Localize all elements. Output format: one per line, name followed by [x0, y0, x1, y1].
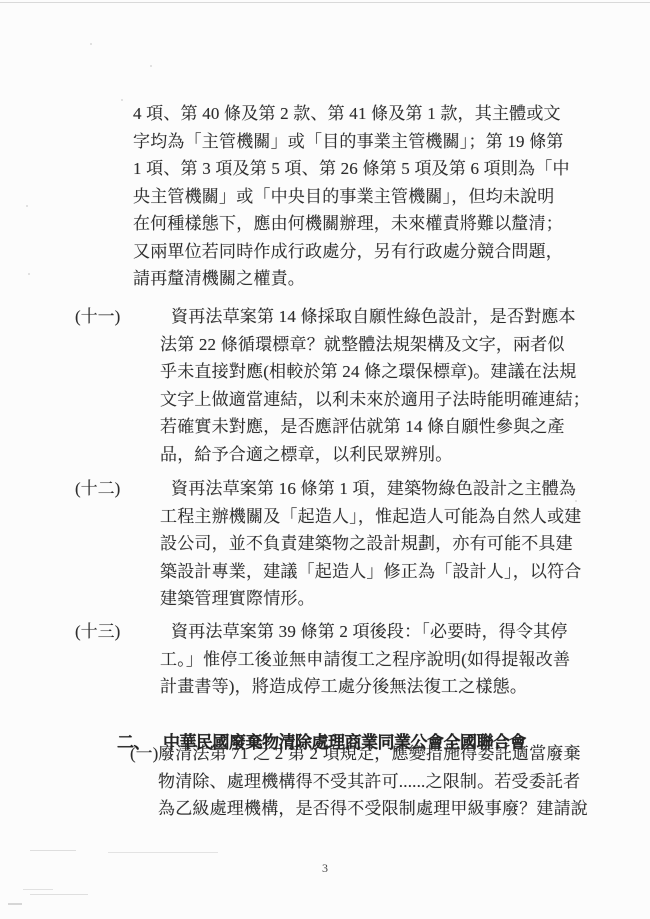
list-item-13: (十三) 資再法草案第 39 條第 2 項後段：「必要時，得令其停 工。」惟停工… — [75, 618, 630, 701]
scan-speck — [28, 273, 30, 275]
scan-artifact-line — [23, 889, 53, 890]
item-text: 廢清法第 71 之 2 第 2 項規定，應變措施得委託適當廢棄 物清除、處理機構… — [158, 740, 628, 823]
scan-speck — [575, 500, 577, 502]
item-marker: (十二) — [75, 475, 120, 503]
scan-edge-line — [0, 2, 650, 3]
item-marker: (十一) — [75, 303, 120, 331]
scanned-document-page: 4 項、第 40 條及第 2 款、第 41 條及第 1 款，其主體或文 字均為「… — [0, 0, 650, 919]
scan-artifact-line — [108, 852, 218, 853]
item-marker: (十三) — [75, 618, 120, 646]
scan-speck — [150, 65, 152, 67]
item-text: 資再法草案第 39 條第 2 項後段：「必要時，得令其停 工。」惟停工後並無申請… — [160, 618, 630, 701]
continuation-paragraph: 4 項、第 40 條及第 2 款、第 41 條及第 1 款，其主體或文 字均為「… — [133, 100, 613, 293]
scan-speck — [26, 205, 28, 207]
scan-artifact-line — [8, 903, 22, 905]
scan-speck — [247, 338, 249, 340]
scan-speck — [121, 99, 123, 101]
scan-artifact-line — [30, 850, 76, 851]
item-text: 資再法草案第 14 條採取自願性綠色設計，是否對應本 法第 22 條循環標章？就… — [160, 303, 630, 468]
page-number: 3 — [300, 861, 350, 876]
item-marker: (一) — [130, 740, 158, 768]
list-item-12: (十二) 資再法草案第 16 條第 1 項，建築物綠色設計之主體為 工程主辦機關… — [75, 475, 630, 613]
list-item-sub-1: (一) 廢清法第 71 之 2 第 2 項規定，應變措施得委託適當廢棄 物清除、… — [130, 740, 628, 823]
scan-artifact-line — [30, 894, 88, 895]
list-item-11: (十一) 資再法草案第 14 條採取自願性綠色設計，是否對應本 法第 22 條循… — [75, 303, 630, 468]
item-text: 資再法草案第 16 條第 1 項，建築物綠色設計之主體為 工程主辦機關及「起造人… — [160, 475, 630, 613]
scan-speck — [90, 43, 92, 45]
